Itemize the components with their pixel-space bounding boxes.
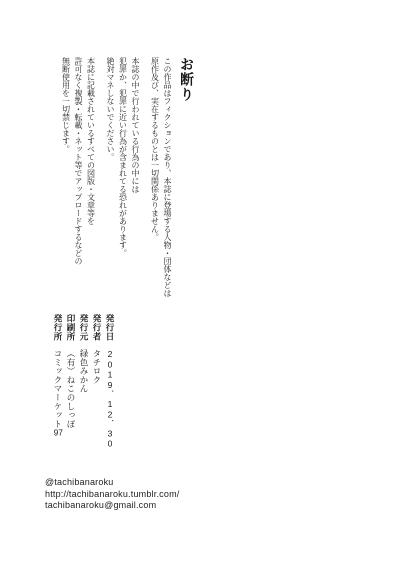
publication-value-text: コミックマーケット <box>53 349 63 428</box>
publication-value: タチロク <box>92 341 102 384</box>
publication-row-event: 発行所コミックマーケット97 <box>51 314 64 462</box>
publication-label: 印刷所 <box>66 314 76 341</box>
publication-info-block: 発行日2019．12．30 発行者タチロク 発行元緑色みかん 印刷所（有）ねこの… <box>48 314 116 462</box>
contact-website-url: http://tachibanaroku.tumblr.com/ <box>45 489 179 501</box>
publication-label: 発行所 <box>53 314 63 341</box>
publication-value: （有）ねこのしっぽ <box>66 341 76 428</box>
publication-row-date: 発行日2019．12．30 <box>103 314 116 462</box>
publication-value: 緑色みかん <box>79 341 89 393</box>
publication-label: 発行元 <box>79 314 89 341</box>
disclaimer-heading: お断り <box>178 57 196 313</box>
publication-value: コミックマーケット97 <box>53 341 63 437</box>
colophon-page: お断り この作品はフィクションであり、本誌に登場する人物・団体などは 原作及び、… <box>0 0 400 561</box>
publication-row-publisher-person: 発行者タチロク <box>90 314 103 462</box>
contact-twitter-handle: @tachibanaroku <box>45 477 179 489</box>
disclaimer-block: お断り この作品はフィクションであり、本誌に登場する人物・団体などは 原作及び、… <box>40 57 196 313</box>
publication-label: 発行者 <box>92 314 102 341</box>
publication-value: 2019．12．30 <box>105 341 115 449</box>
contact-block: @tachibanaroku http://tachibanaroku.tumb… <box>45 477 179 512</box>
publication-row-printer: 印刷所（有）ねこのしっぽ <box>64 314 77 462</box>
disclaimer-paragraph-fiction: この作品はフィクションであり、本誌に登場する人物・団体などは 原作及び、実在する… <box>148 57 173 313</box>
publication-label: 発行日 <box>105 314 115 341</box>
contact-email-address: tachibanaroku@gmail.com <box>45 500 179 512</box>
disclaimer-paragraph-crime-warning: 本誌の中で行われている行為の中には 犯罪か、犯罪に近い行為が含まれてる恐れがあり… <box>104 57 142 313</box>
publication-row-circle: 発行元緑色みかん <box>77 314 90 462</box>
publication-value-number: 97 <box>53 428 63 437</box>
disclaimer-paragraph-no-reproduction: 本誌に記載されているすべての図版・文章等を 許可なく複製・転載・ネット等でアップ… <box>59 57 97 313</box>
